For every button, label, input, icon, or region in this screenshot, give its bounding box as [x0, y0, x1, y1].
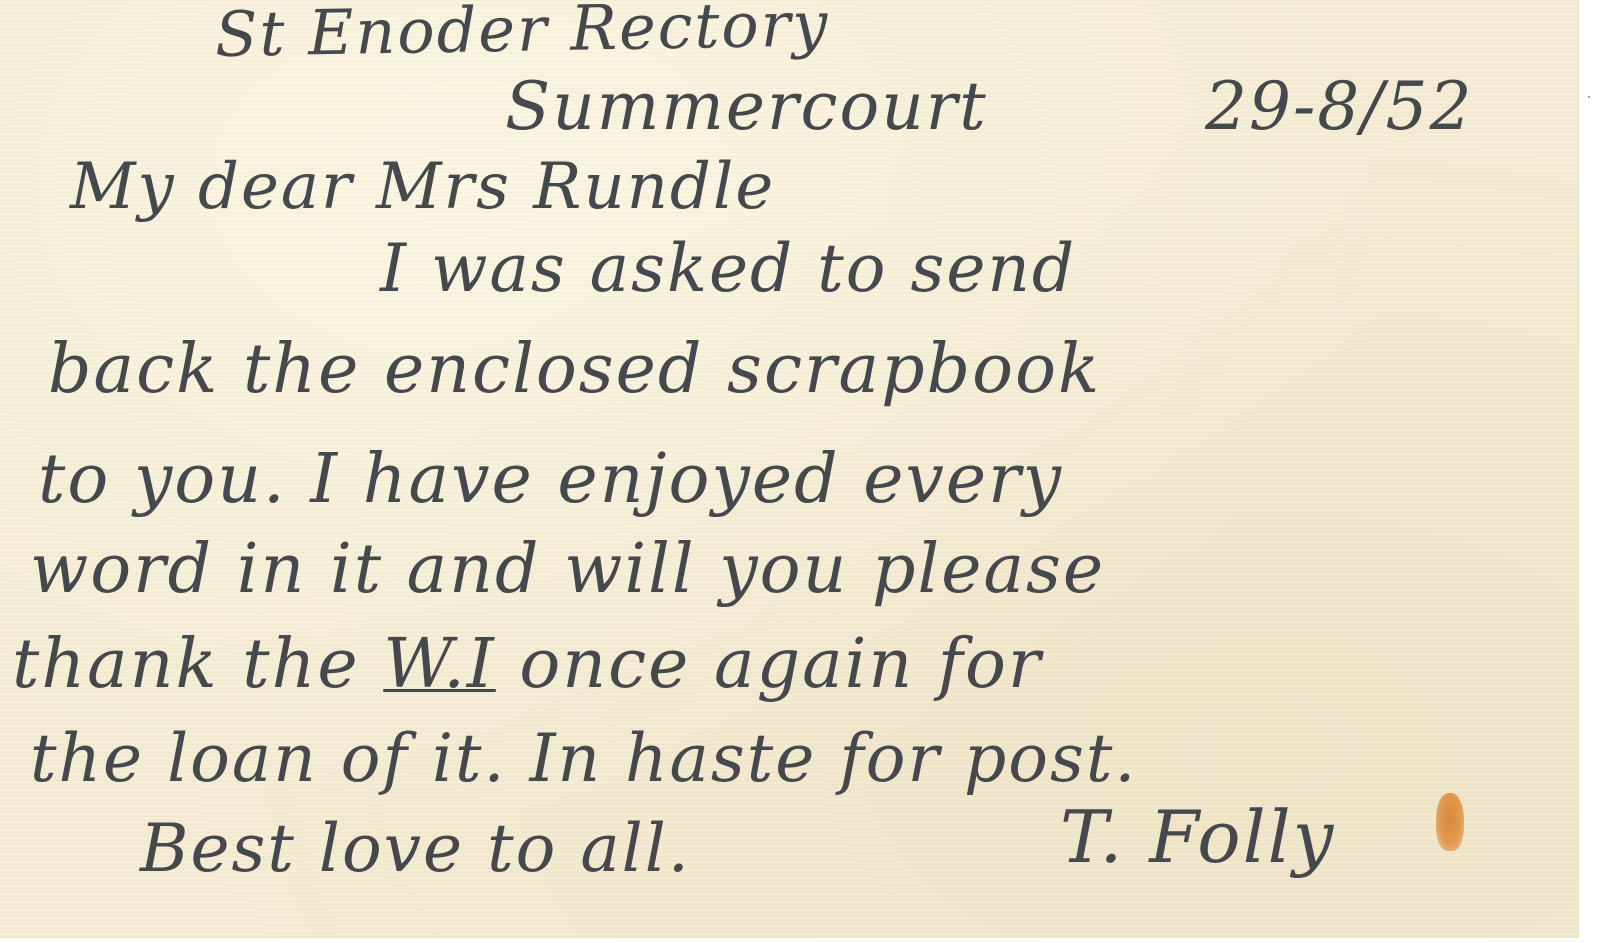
- signature: T. Folly: [1060, 795, 1335, 879]
- body-line-1: I was asked to send: [380, 230, 1076, 307]
- scan-canvas: St Enoder Rectory Summercourt 29-8/52 My…: [0, 0, 1600, 943]
- postcard: St Enoder Rectory Summercourt 29-8/52 My…: [0, 0, 1579, 938]
- body-line-2: back the enclosed scrapbook: [48, 330, 1101, 409]
- address-line-2: Summercourt: [505, 68, 988, 145]
- letter-date: 29-8/52: [1205, 68, 1474, 145]
- salutation: My dear Mrs Rundle: [70, 150, 775, 224]
- body-line-3: to you. I have enjoyed every: [38, 440, 1063, 519]
- body-line-4: word in it and will you please: [30, 530, 1105, 609]
- body-line-5-start: thank the: [12, 625, 383, 704]
- scan-speck: [1588, 96, 1590, 98]
- orange-stain: [1436, 793, 1464, 851]
- body-line-5: thank the W.I once again for: [12, 625, 1042, 704]
- address-line-1: St Enoder Rectory: [214, 0, 830, 71]
- underlined-wi: W.I: [383, 625, 495, 704]
- body-line-5-end: once again for: [496, 625, 1043, 704]
- closing: Best love to all.: [140, 810, 691, 887]
- body-line-6: the loan of it. In haste for post.: [30, 720, 1137, 797]
